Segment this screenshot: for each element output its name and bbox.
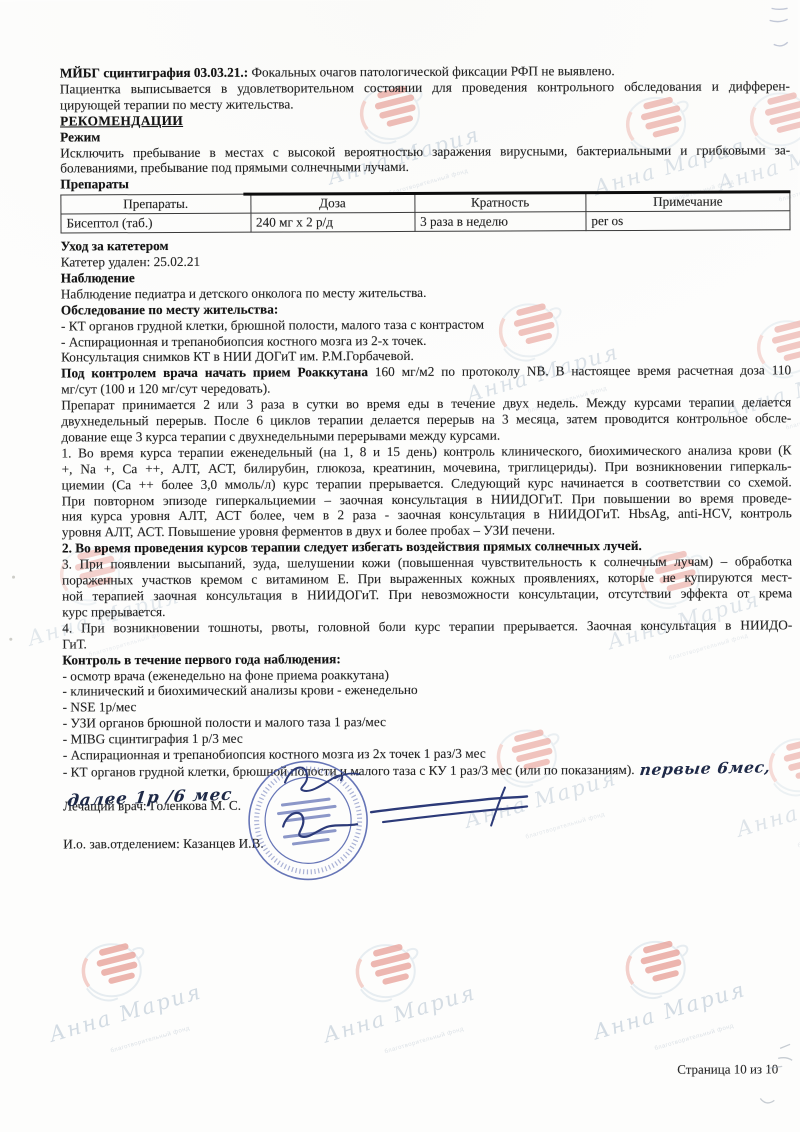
watermark-brand-text: Анна Мария — [321, 968, 520, 1047]
text-run: двухнедельный перерыв. После 6 циклов те… — [61, 410, 791, 428]
rose-logo-icon — [346, 938, 426, 1008]
text-run: - КТ органов грудной клетки, брюшной пол… — [61, 316, 484, 333]
watermark-brand-text: Анна Мария — [591, 965, 790, 1044]
column-header: Примечание — [586, 192, 790, 212]
text-run: Уход за катетером — [61, 238, 169, 253]
text-run: 4. При возникновении тошноты, рвоты, гол… — [62, 617, 792, 635]
text-run: цирующей терапии по месту жительства. — [60, 96, 294, 112]
text-line: И.о. зав.отделением: Казанцев И.В. — [63, 833, 793, 852]
scanned-medical-document: { "theme":{ "ink":"#242424","accent_red"… — [0, 0, 800, 1132]
table-cell: 3 раза в неделю — [415, 212, 586, 232]
text-line: Препараты — [60, 174, 790, 193]
charity-watermark: Анна Марияблаготворительный фонд — [72, 937, 253, 1058]
text-line: двухнедельный перерыв. После 6 циклов те… — [61, 410, 791, 429]
text-run: - УЗИ органов брюшной полости и малого т… — [63, 714, 386, 730]
bold-text: Под контролем врача начать прием Роаккут… — [61, 364, 368, 380]
text-run: ной терапией заочная консультация в НИИД… — [62, 585, 792, 603]
charity-watermark: Анна Марияблаготворительный фонд — [616, 934, 797, 1055]
text-run: дование еще 3 курса терапии с двухнедель… — [61, 427, 500, 444]
text-line: Пациентка выписывается в удовлетворитель… — [60, 78, 790, 97]
text-run: болеваниями, пребывание под прямыми солн… — [60, 159, 409, 176]
scan-artifact-top-right — [766, 4, 794, 64]
drug-table: Препараты.ДозаКратностьПримечаниеБисепто… — [60, 192, 790, 234]
column-header: Доза — [250, 194, 414, 214]
table-cell: per os — [586, 211, 790, 231]
text-run: Режим — [60, 129, 100, 144]
table-cell: 240 мг х 2 р/д — [250, 213, 414, 233]
column-header: Препараты. — [61, 194, 251, 214]
text-run: 160 мг/м2 по протоколу NB. В настоящее в… — [368, 363, 791, 380]
rose-logo-icon — [616, 935, 696, 1005]
text-run: 2. Во время проведения курсов терапии сл… — [62, 538, 642, 556]
watermark-tagline-text: благотворительный фонд — [654, 1007, 790, 1052]
watermark-brand-text: Анна Мария — [47, 968, 246, 1047]
text-run: - Аспирационная и трепанобиопсия костног… — [61, 332, 426, 349]
text-run: - MIBG сцинтиграфия 1 р/3 мес — [63, 731, 243, 747]
text-run: Исключить пребывание в местах с высокой … — [60, 142, 790, 160]
text-run: Фокальных очагов патологической фиксации… — [248, 63, 615, 80]
document-sheet: Анна Марияблаготворительный фондАнна Мар… — [0, 0, 800, 1132]
text-run: Пациентка выписывается в удовлетворитель… — [60, 78, 790, 96]
text-run: ния курса уровня АЛТ, АСТ более, чем в 2… — [62, 506, 792, 524]
text-line: ной терапией заочная консультация в НИИД… — [62, 585, 792, 604]
charity-watermark: Анна Марияблаготворительный фонд — [346, 937, 527, 1058]
text-run: - Аспирационная и трепанобиопсия костног… — [63, 746, 486, 763]
text-run: Обследование по месту жительства: — [61, 301, 278, 317]
text-run: курс прерывается. — [62, 604, 165, 619]
text-run: РЕКОМЕНДАЦИИ — [60, 113, 183, 129]
text-run: - NSE 1р/мес — [63, 699, 137, 714]
text-run: Наблюдение — [61, 270, 135, 285]
scan-speck — [12, 576, 15, 579]
watermark-tagline-text: благотворительный фонд — [384, 1010, 520, 1055]
text-run: - клинический и биохимический анализы кр… — [63, 682, 418, 699]
text-run: Препараты — [60, 177, 129, 192]
text-run: Наблюдение педиатра и детского онколога … — [61, 285, 427, 302]
text-run: Катетер удален: 25.02.21 — [61, 254, 201, 270]
text-run: мг/сут (100 и 120 мг/сут чередовать). — [61, 381, 270, 397]
column-header: Кратность — [414, 193, 585, 213]
text-run: И.о. зав.отделением: Казанцев И.В. — [63, 835, 264, 851]
table-cell: Бисептол (таб.) — [61, 213, 251, 233]
page-number: Страница 10 из 10 — [677, 1061, 778, 1077]
text-run: Контроль в течение первого года наблюден… — [62, 651, 340, 667]
watermark-tagline-text: благотворительный фонд — [110, 1010, 246, 1055]
bold-text: МЙБГ сцинтиграфия 03.03.21.: — [60, 65, 248, 81]
text-run: ГиТ. — [62, 636, 86, 651]
scan-speck — [9, 638, 12, 641]
rose-logo-icon — [72, 937, 152, 1007]
text-run: уровня АЛТ, АСТ. Повышение уровня фермен… — [62, 523, 555, 540]
document-body: МЙБГ сцинтиграфия 03.03.21.: Фокальных о… — [60, 62, 793, 852]
text-run: - осмотр врача (еженедельно на фоне прие… — [62, 667, 388, 683]
text-run: Консультация снимков КТ в НИИ ДОГиТ им. … — [61, 348, 414, 365]
text-line: 4. При возникновении тошноты, рвоты, гол… — [62, 617, 792, 636]
drug-table-wrap: Препараты.ДозаКратностьПримечаниеБисепто… — [60, 192, 790, 234]
